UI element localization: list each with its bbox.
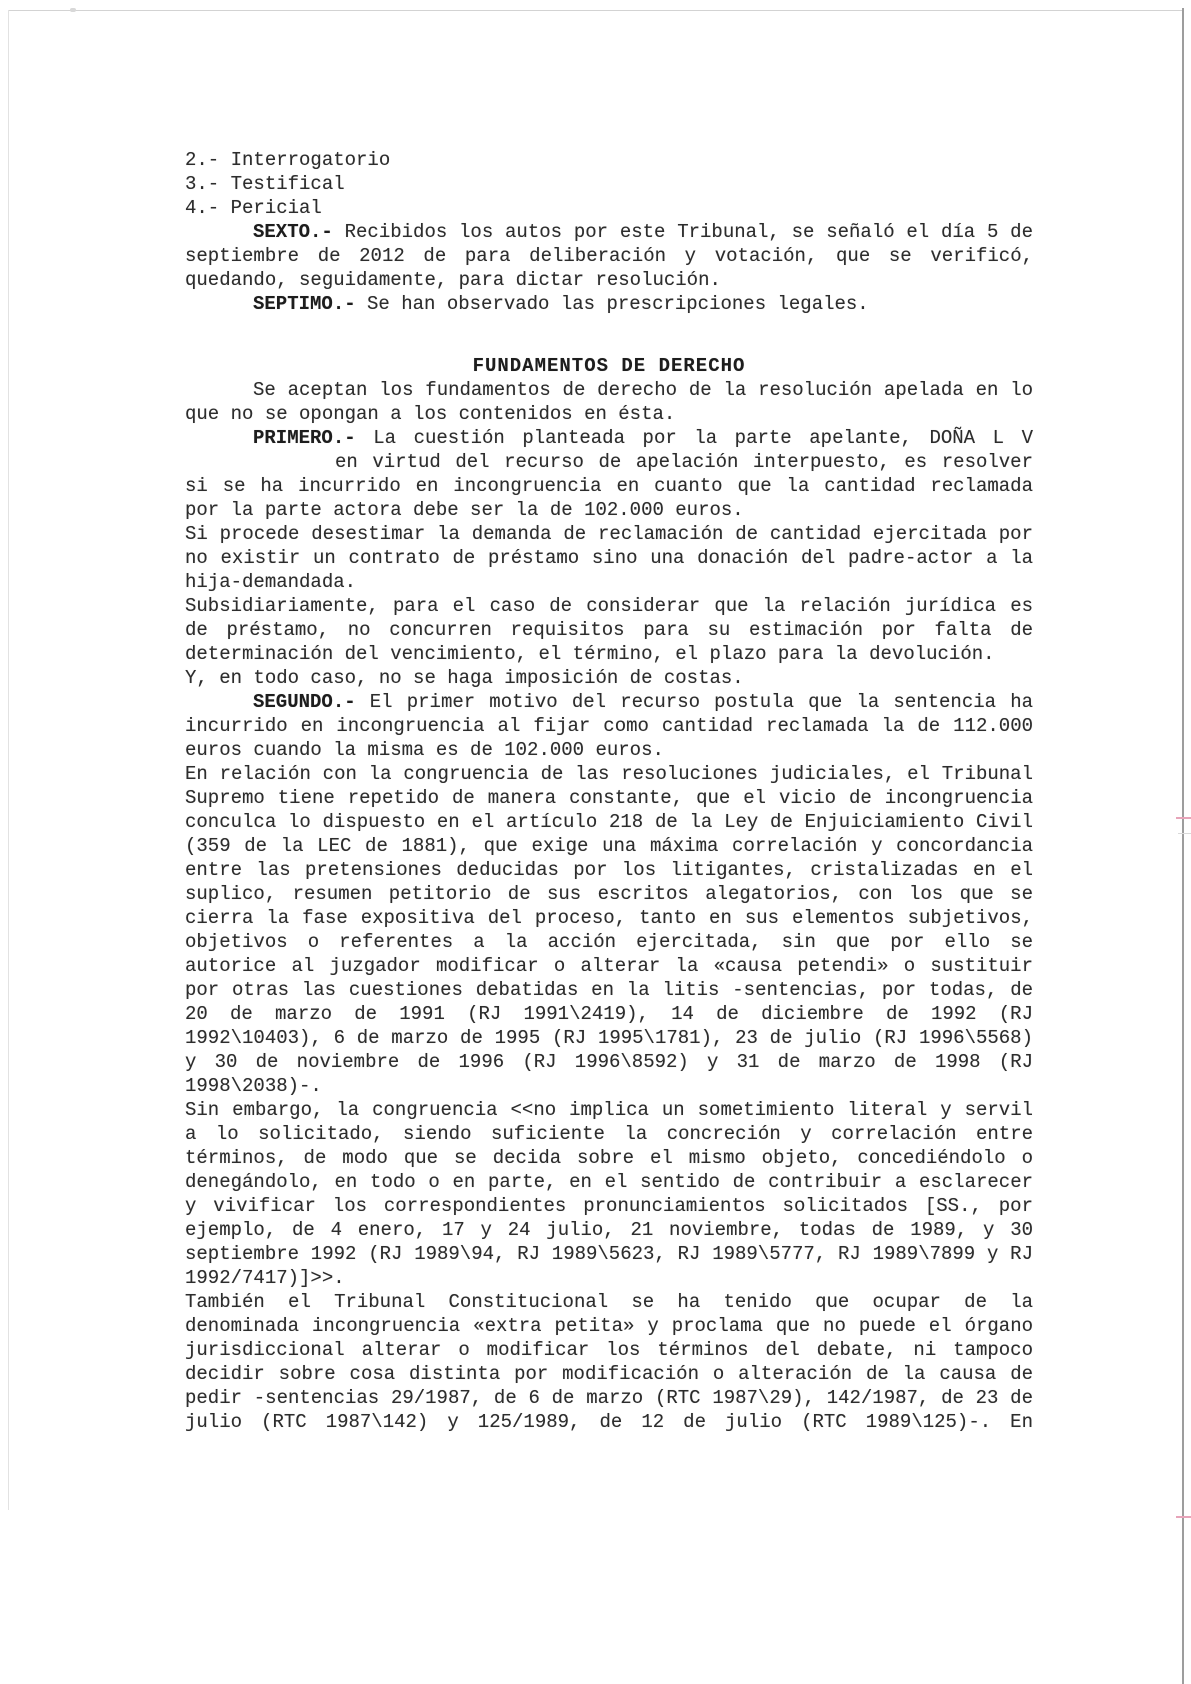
paragraph-intro: Se aceptan los fundamentos de derecho de… <box>185 378 1033 426</box>
scan-mark-pink-1 <box>1176 817 1191 819</box>
evidence-list-item-testifical: 3.- Testifical <box>185 172 1033 196</box>
evidence-list-item-interrogatorio: 2.- Interrogatorio <box>185 148 1033 172</box>
paragraph-segundo-2: En relación con la congruencia de las re… <box>185 762 1033 1098</box>
paragraph-segundo-4: También el Tribunal Constitucional se ha… <box>185 1290 1033 1434</box>
paragraph-primero: PRIMERO.- La cuestión planteada por la p… <box>185 426 1033 522</box>
segundo-label: SEGUNDO.- <box>253 691 356 713</box>
scan-mark-gray <box>1178 833 1191 834</box>
scan-smudge <box>70 8 76 12</box>
scanned-court-document-page: 2.- Interrogatorio 3.- Testifical 4.- Pe… <box>0 0 1191 1684</box>
sexto-label: SEXTO.- <box>253 221 333 243</box>
primero-body-b: en virtud del recurso de apelación inter… <box>185 451 1033 521</box>
paragraph-primero-4: Y, en todo caso, no se haga imposición d… <box>185 666 1033 690</box>
septimo-body: Se han observado las prescripciones lega… <box>367 293 869 315</box>
scan-mark-pink-2 <box>1176 1516 1191 1518</box>
scan-border-right <box>1182 8 1184 1684</box>
scan-border-left <box>8 10 9 1510</box>
redacted-name-gap <box>185 466 335 467</box>
paragraph-segundo: SEGUNDO.- El primer motivo del recurso p… <box>185 690 1033 762</box>
primero-label: PRIMERO.- <box>253 427 356 449</box>
paragraph-sexto: SEXTO.- Recibidos los autos por este Tri… <box>185 220 1033 292</box>
primero-body-a: La cuestión planteada por la parte apela… <box>373 427 1033 449</box>
paragraph-septimo: SEPTIMO.- Se han observado las prescripc… <box>185 292 1033 316</box>
paragraph-primero-2: Si procede desestimar la demanda de recl… <box>185 522 1033 594</box>
paragraph-segundo-3: Sin embargo, la congruencia <<no implica… <box>185 1098 1033 1290</box>
document-text-column: 2.- Interrogatorio 3.- Testifical 4.- Pe… <box>185 148 1033 1434</box>
paragraph-primero-3: Subsidiariamente, para el caso de consid… <box>185 594 1033 666</box>
septimo-label: SEPTIMO.- <box>253 293 356 315</box>
section-heading-fundamentos-de-derecho: FUNDAMENTOS DE DERECHO <box>185 354 1033 378</box>
evidence-list-item-pericial: 4.- Pericial <box>185 196 1033 220</box>
scan-border-top <box>8 10 1183 11</box>
